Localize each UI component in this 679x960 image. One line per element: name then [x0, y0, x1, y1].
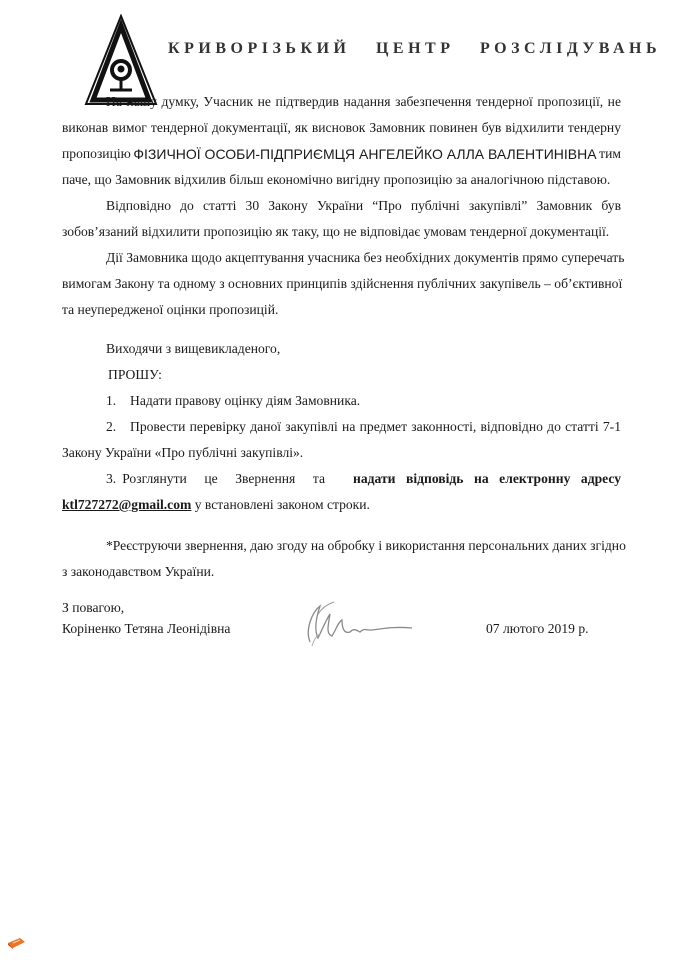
request-item-3-continued: ktl727272@gmail.com у встановлені законо…: [62, 497, 370, 513]
item-text: Розглянути це Звернення та: [122, 471, 325, 487]
intro-text: Виходячи з вищевикладеного,: [106, 341, 280, 357]
entrepreneur-name: ФІЗИЧНОЇ ОСОБИ-ПІДПРИЄМЦЯ АНГЕЛЕЙКО АЛЛА…: [133, 146, 596, 162]
request-item-2-continued: Закону України «Про публічні закупівлі».: [62, 445, 303, 461]
consent-line-1: *Реєструючи звернення, даю згоду на обро…: [106, 538, 621, 554]
closing-text: З повагою,: [62, 600, 124, 616]
paragraph-3-line-3: та неупередженої оцінки пропозицій.: [62, 302, 278, 318]
triangle-eye-logo-icon: [84, 14, 158, 106]
item-number: 1.: [106, 393, 130, 409]
handwritten-signature-icon: [290, 600, 420, 650]
organization-name: КРИВОРІЗЬКИЙ ЦЕНТР РОЗСЛІДУВАНЬ: [168, 40, 661, 58]
request-heading: ПРОШУ:: [108, 367, 162, 383]
paragraph-1-line-2: виконав вимог тендерної документації, як…: [62, 120, 621, 136]
paragraph-2-line-1: Відповідно до статті 30 Закону України “…: [106, 198, 621, 214]
item-number: 3.: [106, 471, 116, 487]
item-text-bold: надати відповідь на електронну адресу: [353, 471, 621, 487]
signer-name: Коріненко Тетяна Леонідівна: [62, 621, 230, 637]
item-text: у встановлені законом строки.: [195, 497, 370, 512]
request-item-2: 2.Провести перевірку даної закупівлі на …: [106, 419, 621, 435]
letter-date: 07 лютого 2019 р.: [486, 621, 589, 637]
request-item-1: 1.Надати правову оцінку діям Замовника.: [106, 393, 360, 409]
corner-stamp-icon: [6, 937, 26, 949]
paragraph-1-line-4: паче, що Замовник відхилив більш економі…: [62, 172, 610, 188]
paragraph-1-line-3: пропозицію ФІЗИЧНОЇ ОСОБИ-ПІДПРИЄМЦЯ АНГ…: [62, 146, 621, 162]
request-item-3: 3. Розглянути це Звернення та надати від…: [106, 471, 621, 487]
item-text: Провести перевірку даної закупівлі на пр…: [130, 419, 621, 434]
paragraph-2-line-2: зобов’язаний відхилити пропозицію як так…: [62, 224, 609, 240]
item-text: Надати правову оцінку діям Замовника.: [130, 393, 360, 408]
text: пропозицію: [62, 146, 131, 162]
consent-line-2: з законодавством України.: [62, 564, 214, 580]
paragraph-1-line-1: На нашу думку, Учасник не підтвердив над…: [106, 94, 621, 110]
paragraph-3-line-1: Дії Замовника щодо акцептування учасника…: [106, 250, 621, 266]
text: тим: [599, 146, 621, 162]
item-number: 2.: [106, 419, 130, 435]
email-link[interactable]: ktl727272@gmail.com: [62, 497, 191, 512]
paragraph-3-line-2: вимогам Закону та одному з основних прин…: [62, 276, 621, 292]
